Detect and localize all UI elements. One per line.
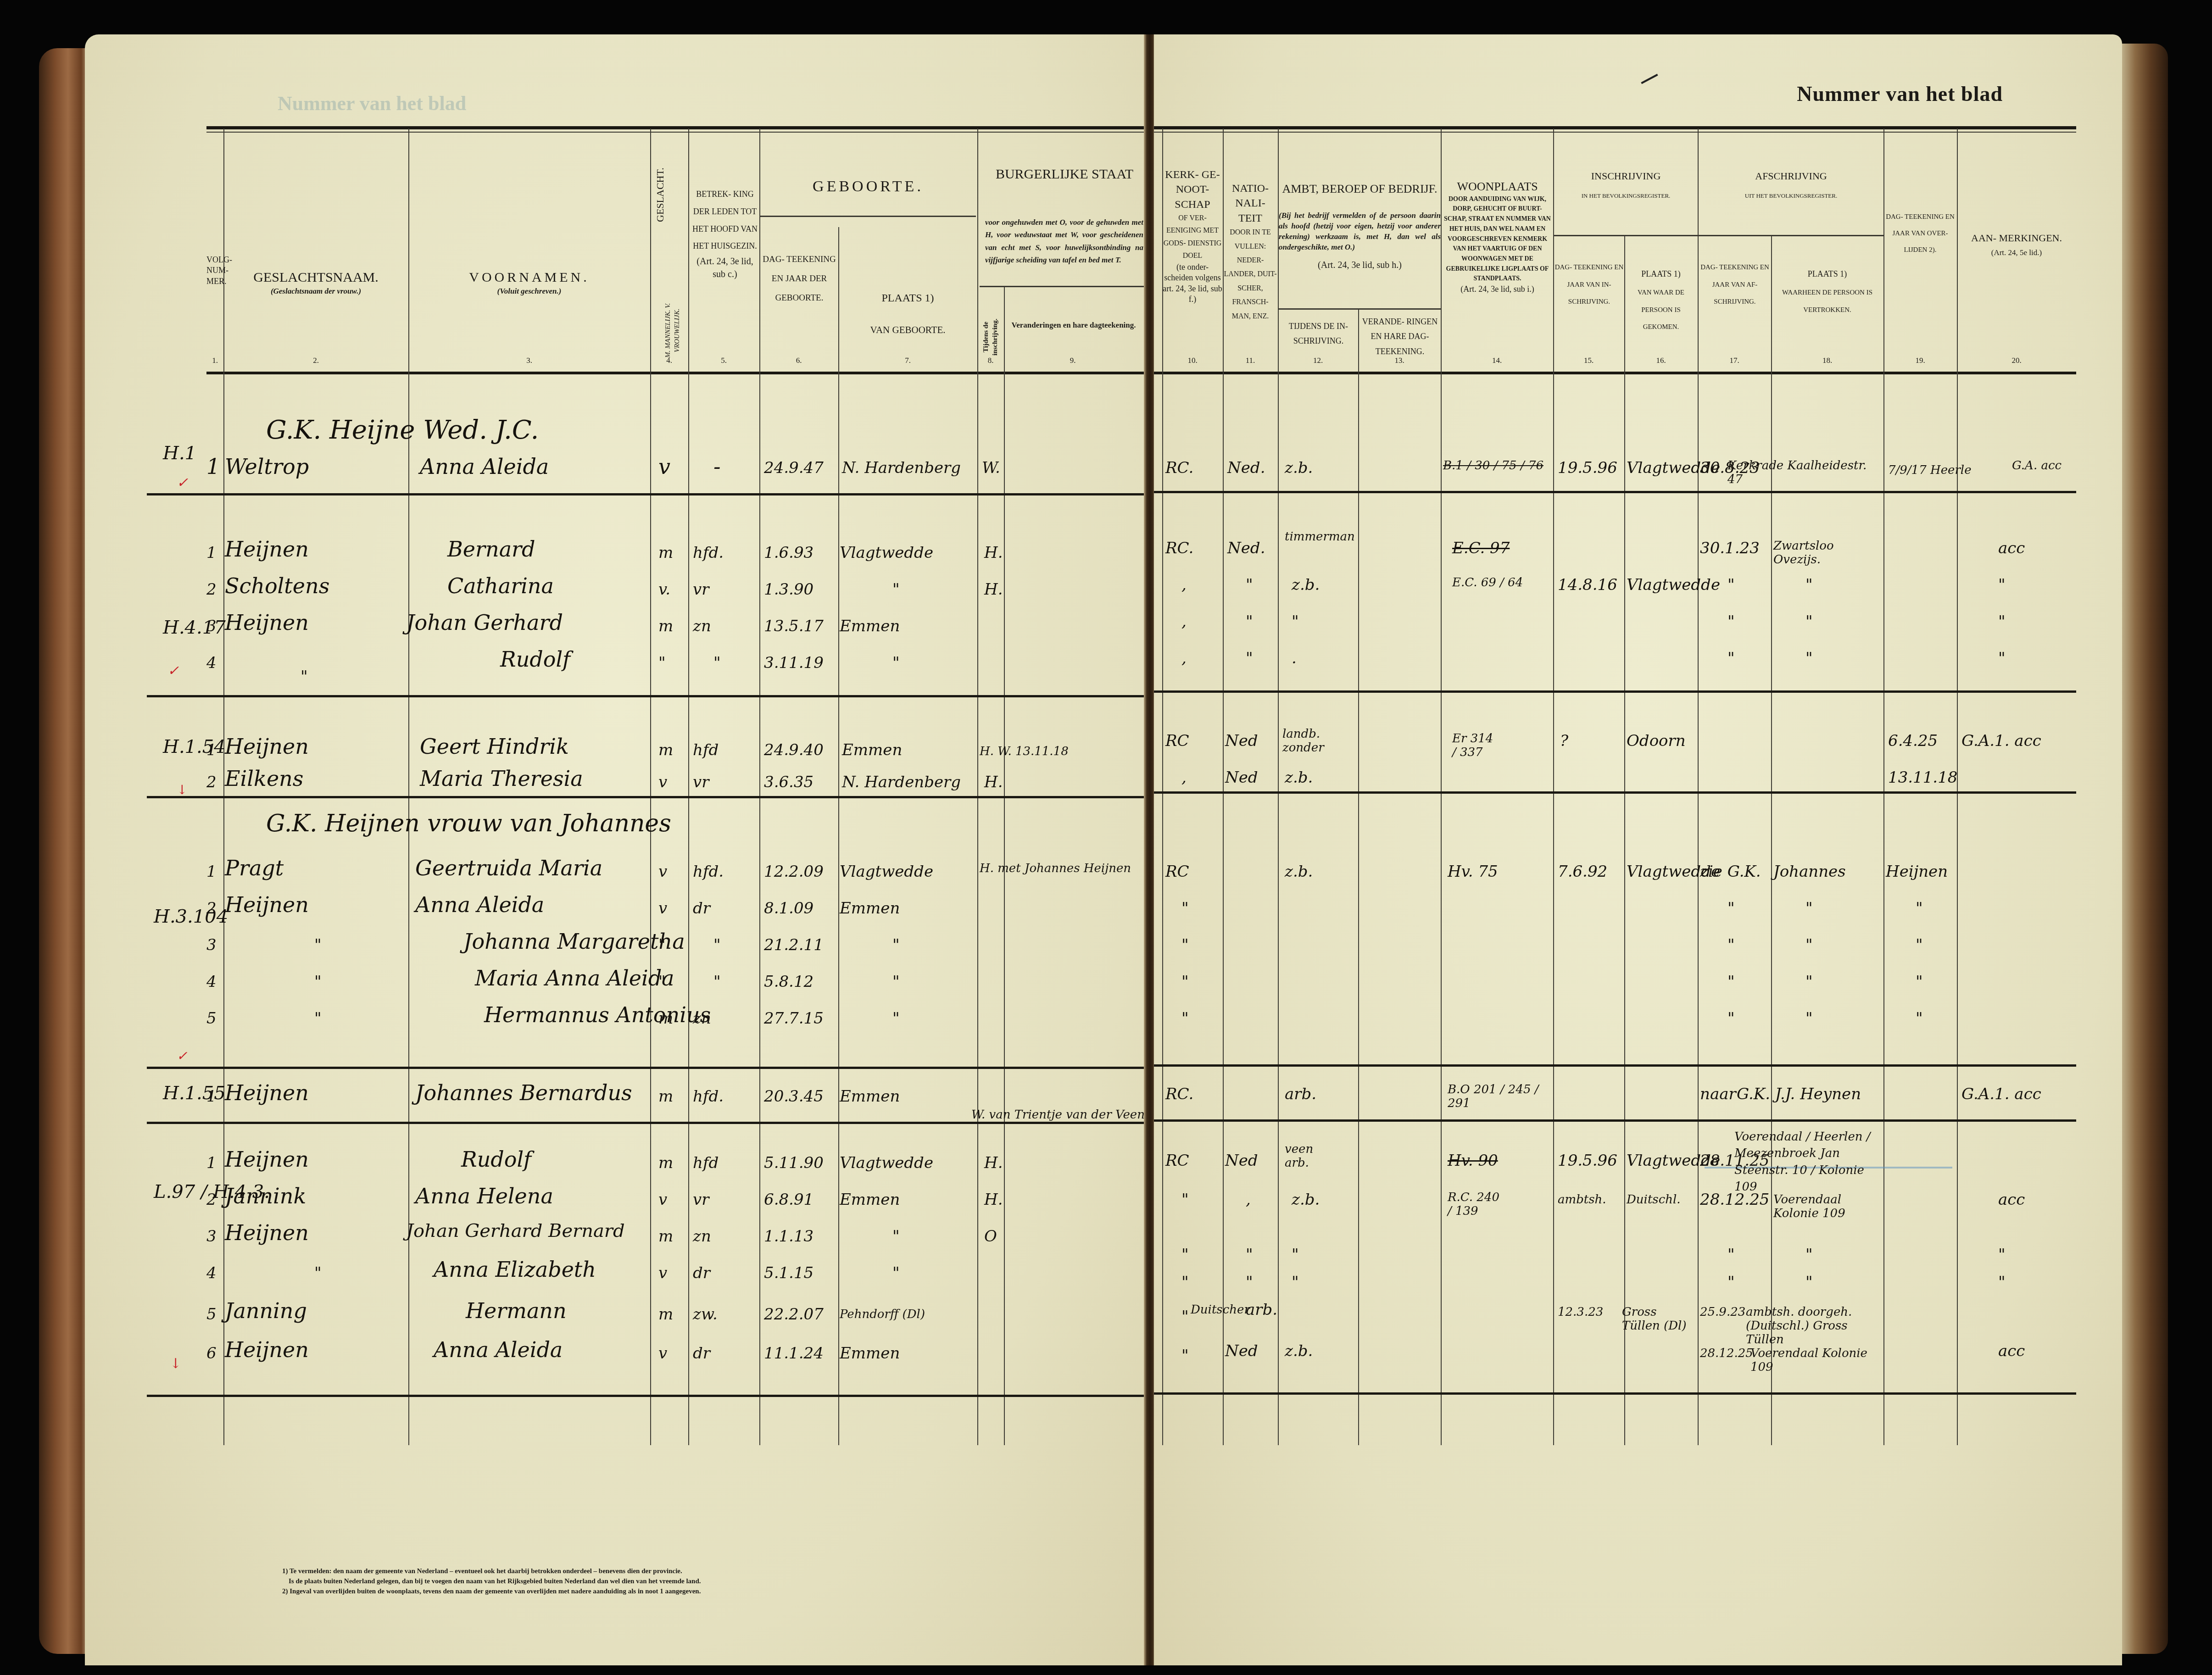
cell-relation: hfd: [693, 1154, 719, 1172]
cell-remarks: G.A.1. acc: [1961, 732, 2041, 750]
col-num-11: 11.: [1223, 356, 1278, 366]
col-divider: [1162, 128, 1163, 1445]
cell-in-date: 19.5.96: [1558, 1152, 1617, 1170]
household-separator: [1154, 690, 2076, 693]
cell-birth-place: ": [892, 580, 900, 599]
household-separator: [1154, 491, 2076, 493]
cell-volg: 5: [206, 1009, 217, 1028]
cell-given: Hermannus Antonius: [484, 1002, 711, 1027]
cell-occupation: timmerman: [1285, 530, 1349, 544]
book-edge-left: [39, 48, 92, 1654]
footnote-1: 1) Te vermelden: den naam der gemeente v…: [282, 1567, 701, 1577]
cell-surname: Heijnen: [225, 1220, 309, 1245]
cell-volg: 3: [206, 1227, 217, 1246]
cell-church: ": [1181, 1347, 1189, 1365]
col-num-10: 10.: [1162, 356, 1223, 366]
cell-surname: ": [301, 668, 308, 686]
cell-birth-place: ": [892, 1009, 900, 1028]
col-20-header: Aan- merkingen. (Art. 24, 5e lid.): [1957, 229, 2076, 260]
cell-death: ": [1916, 936, 1923, 954]
col-6-header: Dag- teekening en jaar der geboorte.: [760, 250, 838, 307]
col-divider: [1883, 128, 1884, 1445]
col-num-17: 17.: [1698, 356, 1771, 366]
household-separator: [147, 1067, 1149, 1069]
cell-out-date: ": [1727, 1246, 1735, 1264]
cell-out-place: Voerendaal / Heerlen / Meezenbroek Jan S…: [1734, 1129, 1881, 1196]
cell-birth-place: Emmen: [840, 899, 900, 918]
cell-civil-state: W.: [982, 459, 1000, 477]
margin-reference: H.1: [163, 443, 196, 464]
cell-given: Anna Aleida: [434, 1337, 563, 1362]
cell-surname: Heijnen: [225, 610, 309, 635]
col-divider: [408, 128, 409, 1445]
cell-out-place: Kerkrade Kaalheidestr. 47: [1727, 459, 1874, 486]
cell-out-date: 28.12.25: [1700, 1191, 1769, 1209]
cell-residence: E.C. 97: [1452, 539, 1510, 557]
col-divider: [1441, 128, 1442, 1445]
cell-sex: ": [658, 654, 666, 672]
col-num-6: 6.: [759, 356, 838, 366]
cell-given: Maria Anna Aleida: [475, 966, 674, 991]
col-10-header: Kerk- ge- noot- schap of ver- eeniging m…: [1162, 167, 1223, 305]
cell-sex: v: [658, 454, 670, 479]
cell-church: ": [1181, 1273, 1189, 1291]
cell-out-place: Johannes: [1773, 863, 1846, 881]
cell-birth-date: 11.1.24: [764, 1344, 824, 1363]
col-divider: [759, 128, 760, 1445]
cell-sex: v: [658, 1264, 667, 1282]
geboorte-subrule: [760, 216, 976, 217]
cell-in-date: ?: [1560, 732, 1568, 750]
cell-out-place: ambtsh. doorgeh. (Duitschl.) Gross Tülle…: [1746, 1305, 1883, 1347]
cell-out-date: 28.12.25: [1700, 1347, 1753, 1360]
cell-relation: zn: [693, 1009, 711, 1028]
household-header-line: G.K. Heijnen vrouw van Johannes: [266, 810, 671, 837]
cell-volg: 2: [206, 773, 217, 791]
cell-volg: 1: [206, 1154, 217, 1172]
cell-civil-state: H.: [984, 580, 1003, 599]
cell-surname: ": [314, 1264, 322, 1282]
burgerlijke-staat-header: Burgerlijke staat: [980, 165, 1149, 183]
cell-occupation: veen arb.: [1285, 1142, 1331, 1170]
cell-surname: Janning: [225, 1298, 307, 1323]
cell-relation: ": [713, 654, 721, 672]
cell-sex: v: [658, 899, 667, 918]
cell-surname: Heijnen: [225, 1147, 309, 1172]
header-bottom-rule: [206, 372, 1149, 374]
red-check-icon: ✓: [177, 1048, 187, 1063]
cell-occupation: z.b.: [1292, 576, 1320, 594]
cell-surname: ": [314, 973, 322, 991]
cell-birth-date: 13.5.17: [764, 617, 824, 635]
cell-out-place: ": [1805, 649, 1813, 668]
cell-birth-place: Emmen: [842, 741, 902, 759]
household-separator: [1154, 1119, 2076, 1122]
cell-volg: 2: [206, 1191, 217, 1209]
col-divider: [1358, 310, 1359, 1445]
cell-volg: 2: [206, 899, 217, 918]
cell-out-place: Voerendaal Kolonie 109: [1750, 1347, 1870, 1374]
cell-birth-date: 22.2.07: [764, 1305, 824, 1324]
cell-church: ,: [1181, 768, 1187, 787]
cell-surname: ": [314, 936, 322, 954]
cell-church: ": [1181, 1308, 1189, 1326]
cell-out-place: ": [1805, 1009, 1813, 1028]
cell-residence: Hv. 90: [1448, 1152, 1498, 1170]
header-top-rule: [206, 126, 1149, 129]
household-separator: [1154, 791, 2076, 794]
cell-birth-date: 5.8.12: [764, 973, 813, 991]
col-divider: [1223, 128, 1224, 1445]
cell-out-place: G.K. J.J. Heynen: [1737, 1085, 1861, 1103]
cell-birth-place: Emmen: [840, 617, 900, 635]
cell-birth-place: ": [892, 1227, 900, 1246]
cell-birth-date: 21.2.11: [764, 936, 824, 954]
cell-given: Bernard: [447, 537, 535, 562]
col-2-header: Geslachtsnaam. (Geslachtsnaam der vrouw.…: [223, 268, 408, 297]
header-top-rule: [1154, 126, 2076, 129]
cell-civil-state: H.: [984, 1154, 1003, 1172]
cell-given: Geert Hindrik: [420, 734, 569, 759]
cell-birth-date: 1.6.93: [764, 544, 813, 562]
cell-residence: Hv. 75: [1448, 863, 1498, 881]
cell-volg: 4: [206, 654, 217, 672]
cell-volg: 5: [206, 1305, 217, 1324]
cell-birth-date: 5.11.90: [764, 1154, 824, 1172]
col-num-19: 19.: [1883, 356, 1957, 366]
cell-nationality: Ned.: [1227, 539, 1265, 557]
cell-nationality: ": [1246, 649, 1253, 668]
cell-in-date: 7.6.92: [1558, 863, 1607, 881]
col-12-header: Tijdens de in- schrijving.: [1279, 319, 1358, 349]
cell-birth-date: 24.9.47: [764, 459, 824, 477]
cell-out-date: ": [1727, 973, 1735, 991]
col-divider: [1698, 128, 1699, 1445]
cell-relation: hfd.: [693, 863, 724, 881]
cell-birth-place: Vlagtwedde: [840, 1154, 933, 1172]
cell-occupation: z.b.: [1285, 1342, 1313, 1360]
cell-remarks: acc: [1998, 1342, 2025, 1360]
cell-birth-place: N. Hardenberg: [842, 459, 961, 477]
cell-birth-place: ": [892, 936, 900, 954]
cell-nationality: Ned.: [1227, 459, 1265, 477]
cell-volg: 1: [206, 741, 217, 759]
cell-sex: v: [658, 1191, 667, 1209]
col-num-16: 16.: [1624, 356, 1698, 366]
cell-sex: v: [658, 1344, 667, 1363]
cell-in-date: 19.5.96: [1558, 459, 1617, 477]
cell-given: Geertruida Maria: [415, 856, 602, 880]
cell-given: Johanna Margaretha: [463, 929, 685, 954]
cell-remarks: G.A.1. acc: [1961, 1085, 2041, 1103]
header-bottom-rule: [1154, 372, 2076, 374]
cell-given: Maria Theresia: [420, 766, 583, 791]
cell-given: Anna Aleida: [420, 454, 549, 479]
afschrijving-group-header: Afschrijving uit het bevolkingsregister.: [1699, 170, 1883, 200]
cell-death: 6.4.25: [1888, 732, 1938, 750]
cell-surname: Scholtens: [225, 573, 329, 598]
col-num-12: 12.: [1278, 356, 1358, 366]
cell-volg: 3: [206, 936, 217, 954]
cell-surname: ": [314, 1009, 322, 1028]
col-5-header: Betrek- king der leden tot het hoofd van…: [691, 186, 759, 281]
cell-church: RC: [1165, 732, 1189, 750]
cell-church: RC: [1165, 863, 1189, 881]
cell-relation: dr: [693, 899, 710, 918]
cell-church: ": [1181, 1191, 1189, 1209]
cell-occupation: ": [1292, 1273, 1299, 1291]
cell-occupation: ": [1292, 612, 1299, 631]
cell-nationality: Duitscher: [1191, 1303, 1250, 1317]
cell-surname: Heijnen: [225, 734, 309, 759]
red-check-icon: ✓: [177, 475, 188, 491]
cell-sex: m: [658, 741, 673, 759]
cell-relation: -: [713, 454, 721, 479]
cell-out-place: ": [1805, 1273, 1813, 1291]
col-num-4: 4.: [650, 356, 688, 366]
col-7-header: Plaats 1) van geboorte.: [838, 291, 977, 336]
cell-surname: Eilkens: [225, 766, 303, 791]
col-divider: [838, 227, 839, 1445]
cell-death: ": [1916, 899, 1923, 918]
right-page: Nummer van het blad Kerk- ge- noot- scha…: [1154, 34, 2122, 1665]
cell-church: ": [1181, 1009, 1189, 1028]
cell-death: 13.11.18: [1888, 768, 1957, 787]
afschrijving-subrule: [1699, 235, 1883, 236]
cell-out-place: ": [1805, 576, 1813, 594]
cell-birth-date: 6.8.91: [764, 1191, 813, 1209]
cell-birth-date: 27.7.15: [764, 1009, 824, 1028]
cell-out-date: 25.9.23: [1700, 1305, 1745, 1319]
cell-relation: ": [713, 936, 721, 954]
header-top-thin-rule: [206, 132, 1149, 133]
cell-out-place: ": [1805, 1246, 1813, 1264]
cell-birth-place: Emmen: [840, 1087, 900, 1106]
cell-civil-state: H. met Johannes Heijnen: [980, 860, 1145, 877]
register-book-spread: Nummer van het blad Volg-num-mer. Geslac…: [39, 34, 2168, 1665]
cell-civil-state: H.: [984, 773, 1003, 791]
cell-out-place: ": [1805, 973, 1813, 991]
col-num-1: 1.: [206, 356, 223, 366]
cell-birth-place: Vlagtwedde: [840, 863, 933, 881]
col-9-header: Veranderingen en hare dagteekening.: [1005, 317, 1142, 334]
cell-death: Heijnen: [1886, 863, 1948, 881]
cell-out-place: Zwartsloo Ovezijs.: [1773, 539, 1874, 567]
cell-civil-state: O: [984, 1227, 997, 1246]
cell-out-date: ": [1727, 612, 1735, 631]
cell-residence: R.C. 240 / 139: [1448, 1191, 1503, 1218]
household-separator: [147, 493, 1149, 495]
household-separator: [147, 1395, 1149, 1397]
cell-nationality: ": [1246, 576, 1253, 594]
header-top-thin-rule: [1154, 132, 2076, 133]
household-separator: [1154, 1392, 2076, 1395]
red-check-icon: ↓: [170, 1356, 181, 1372]
cell-in-date: 14.8.16: [1558, 576, 1617, 594]
cell-birth-place: N. Hardenberg: [842, 773, 961, 791]
red-check-icon: ✓: [167, 663, 179, 679]
cell-nationality: ": [1246, 1246, 1253, 1264]
cell-birth-date: 3.6.35: [764, 773, 813, 791]
col-17-header: Dag- teekening en jaar van af- schrijvin…: [1699, 259, 1771, 311]
cell-sex: m: [658, 1087, 673, 1106]
cell-sex: ": [658, 973, 666, 991]
cell-surname: Heijnen: [225, 1337, 309, 1362]
cell-birth-date: 1.1.13: [764, 1227, 813, 1246]
cell-volg: 1: [206, 544, 217, 562]
cell-church: ": [1181, 973, 1189, 991]
col-19-header: Dag- teekening en jaar van over- lijden …: [1883, 209, 1957, 258]
cell-surname: Heijnen: [225, 892, 309, 917]
sheet-number-label: Nummer van het blad: [1797, 82, 2003, 106]
cell-relation: vr: [693, 580, 709, 599]
col-divider: [1957, 128, 1958, 1445]
col-num-13: 13.: [1358, 356, 1441, 366]
cell-in-place: Duitschl.: [1627, 1193, 1681, 1207]
cell-given: Johannes Bernardus: [415, 1080, 632, 1105]
cell-residence: B.O 201 / 245 / 291: [1448, 1083, 1539, 1110]
cell-nationality: ,: [1246, 1191, 1251, 1209]
cell-out-place: ": [1805, 612, 1813, 631]
footnotes: 1) Te vermelden: den naam der gemeente v…: [282, 1567, 701, 1597]
cell-occupation: z.b.: [1285, 863, 1313, 881]
col-num-5: 5.: [688, 356, 759, 366]
cell-surname: Heijnen: [225, 1080, 309, 1105]
cell-church: ": [1181, 936, 1189, 954]
col-4-header: Geslacht.: [654, 149, 672, 241]
cell-volg: 1: [206, 454, 220, 479]
cell-in-place: Odoorn: [1627, 732, 1686, 750]
cell-given: Catharina: [447, 573, 554, 598]
cell-remarks: acc: [1998, 1191, 2025, 1209]
cell-nationality: Ned: [1225, 768, 1258, 787]
cell-occupation: z.b.: [1285, 459, 1313, 477]
cell-volg: 2: [206, 580, 217, 599]
cell-occupation: z.b.: [1292, 1191, 1320, 1209]
margin-reference: H.3.104: [154, 906, 228, 927]
household-separator: [147, 695, 1149, 697]
cell-birth-place: Pehndorff (Dl): [840, 1308, 925, 1321]
cell-sex: ": [658, 936, 666, 954]
cell-out-date: ": [1727, 899, 1735, 918]
col-1-header: Volg-num-mer.: [206, 255, 223, 287]
col-13-header: Verande- ringen en hare dag- teekening.: [1359, 314, 1441, 359]
cell-out-place: ": [1805, 936, 1813, 954]
cell-sex: m: [658, 617, 673, 635]
cell-remarks: ": [1998, 612, 2006, 631]
col-num-14: 14.: [1441, 356, 1553, 366]
cell-occupation: arb.: [1285, 1085, 1316, 1103]
cell-church: ,: [1181, 612, 1187, 631]
cell-out-date: ": [1727, 649, 1735, 668]
cell-given: Anna Elizabeth: [434, 1257, 596, 1282]
cell-sex: m: [658, 1154, 673, 1172]
cell-birth-place: Vlagtwedde: [840, 544, 933, 562]
col-num-20: 20.: [1957, 356, 2076, 366]
col-11-header: Natio- nali- teit door in te vullen: Ned…: [1223, 181, 1278, 323]
cell-remarks: ": [1998, 649, 2006, 668]
cell-relation: vr: [693, 773, 709, 791]
cell-birth-place: Emmen: [840, 1344, 900, 1363]
geboorte-group-header: Geboorte.: [760, 177, 976, 197]
cell-civil-state: H.: [984, 544, 1003, 562]
col-num-18: 18.: [1771, 356, 1883, 366]
cell-sex: v: [658, 863, 667, 881]
col-num-7: 7.: [838, 356, 977, 366]
cell-civil-state: H.: [984, 1191, 1003, 1209]
cell-volg: 3: [206, 617, 217, 635]
cell-death: 7/9/17 Heerle: [1888, 463, 1972, 477]
cell-given: Anna Aleida: [415, 892, 544, 917]
cell-in-place: Vlagtwedde: [1627, 576, 1720, 594]
col-divider: [688, 128, 689, 1445]
cell-given: Hermann: [466, 1298, 567, 1323]
cell-birth-date: 3.11.19: [764, 654, 824, 672]
cell-volg: 6: [206, 1344, 217, 1363]
cell-birth-date: 12.2.09: [764, 863, 824, 881]
col-divider: [977, 128, 978, 1445]
left-page: Nummer van het blad Volg-num-mer. Geslac…: [85, 34, 1149, 1665]
cell-given: Johan Gerhard Bernard: [406, 1220, 625, 1241]
cell-sex: m: [658, 1305, 673, 1324]
cell-out-place: ": [1805, 899, 1813, 918]
cell-occupation: landb. zonder: [1282, 727, 1337, 755]
cell-sex: m: [658, 544, 673, 562]
cell-out-date: ": [1727, 936, 1735, 954]
cell-surname: Heijnen: [225, 537, 309, 562]
cell-volg: 4: [206, 1264, 217, 1282]
cell-church: RC.: [1165, 459, 1193, 477]
col-divider: [650, 128, 651, 1445]
cell-birth-date: 20.3.45: [764, 1087, 824, 1106]
cell-surname: Jannink: [225, 1184, 306, 1208]
cell-church: RC: [1165, 1152, 1189, 1170]
col-15-header: Dag- teekening en jaar van in- schrijvin…: [1554, 259, 1624, 311]
cell-church: RC.: [1165, 1085, 1193, 1103]
cell-relation: zw.: [693, 1305, 718, 1324]
cell-birth-place: Emmen: [840, 1191, 900, 1209]
pen-tick-mark: [1641, 74, 1658, 84]
col-3-header: Voornamen. (Voluit geschreven.): [408, 268, 650, 297]
cell-nationality: Ned: [1225, 732, 1258, 750]
col-divider: [1553, 128, 1554, 1445]
faded-stamp: Nummer van het blad: [278, 92, 466, 115]
cell-occupation: z.b.: [1285, 768, 1313, 787]
col-num-9: 9.: [1004, 356, 1142, 366]
cell-birth-date: 24.9.40: [764, 741, 824, 759]
cell-surname: Pragt: [225, 856, 284, 880]
cell-civil-state: W. van Trientje van der Veen: [842, 1108, 1145, 1122]
cell-relation: zn: [693, 1227, 711, 1246]
cell-given: Rudolf: [500, 647, 570, 672]
cell-out-date: ": [1727, 1009, 1735, 1028]
col-divider: [1771, 236, 1772, 1445]
cell-sex: m: [658, 1009, 673, 1028]
cell-birth-place: ": [892, 973, 900, 991]
col-18-header: Plaats 1)waarheen de persoon is vertrokk…: [1771, 264, 1883, 319]
cell-residence: Er 314 / 337: [1452, 732, 1498, 759]
ambt-group-header: Ambt, beroep of bedrijf. (Bij het bedrij…: [1279, 181, 1441, 271]
cell-residence: B.1 / 30 / 75 / 76: [1443, 459, 1543, 473]
burgerlijke-staat-note: voor ongehuwden met O, voor de gehuwden …: [985, 216, 1143, 266]
cell-church: ": [1181, 899, 1189, 918]
inschrijving-group-header: Inschrijving in het bevolkingsregister.: [1554, 170, 1698, 200]
inschrijving-subrule: [1554, 235, 1698, 236]
cell-out-date: 30.1.23: [1700, 539, 1760, 557]
cell-sex: m: [658, 1227, 673, 1246]
cell-relation: ": [713, 973, 721, 991]
cell-church: ,: [1181, 649, 1187, 668]
